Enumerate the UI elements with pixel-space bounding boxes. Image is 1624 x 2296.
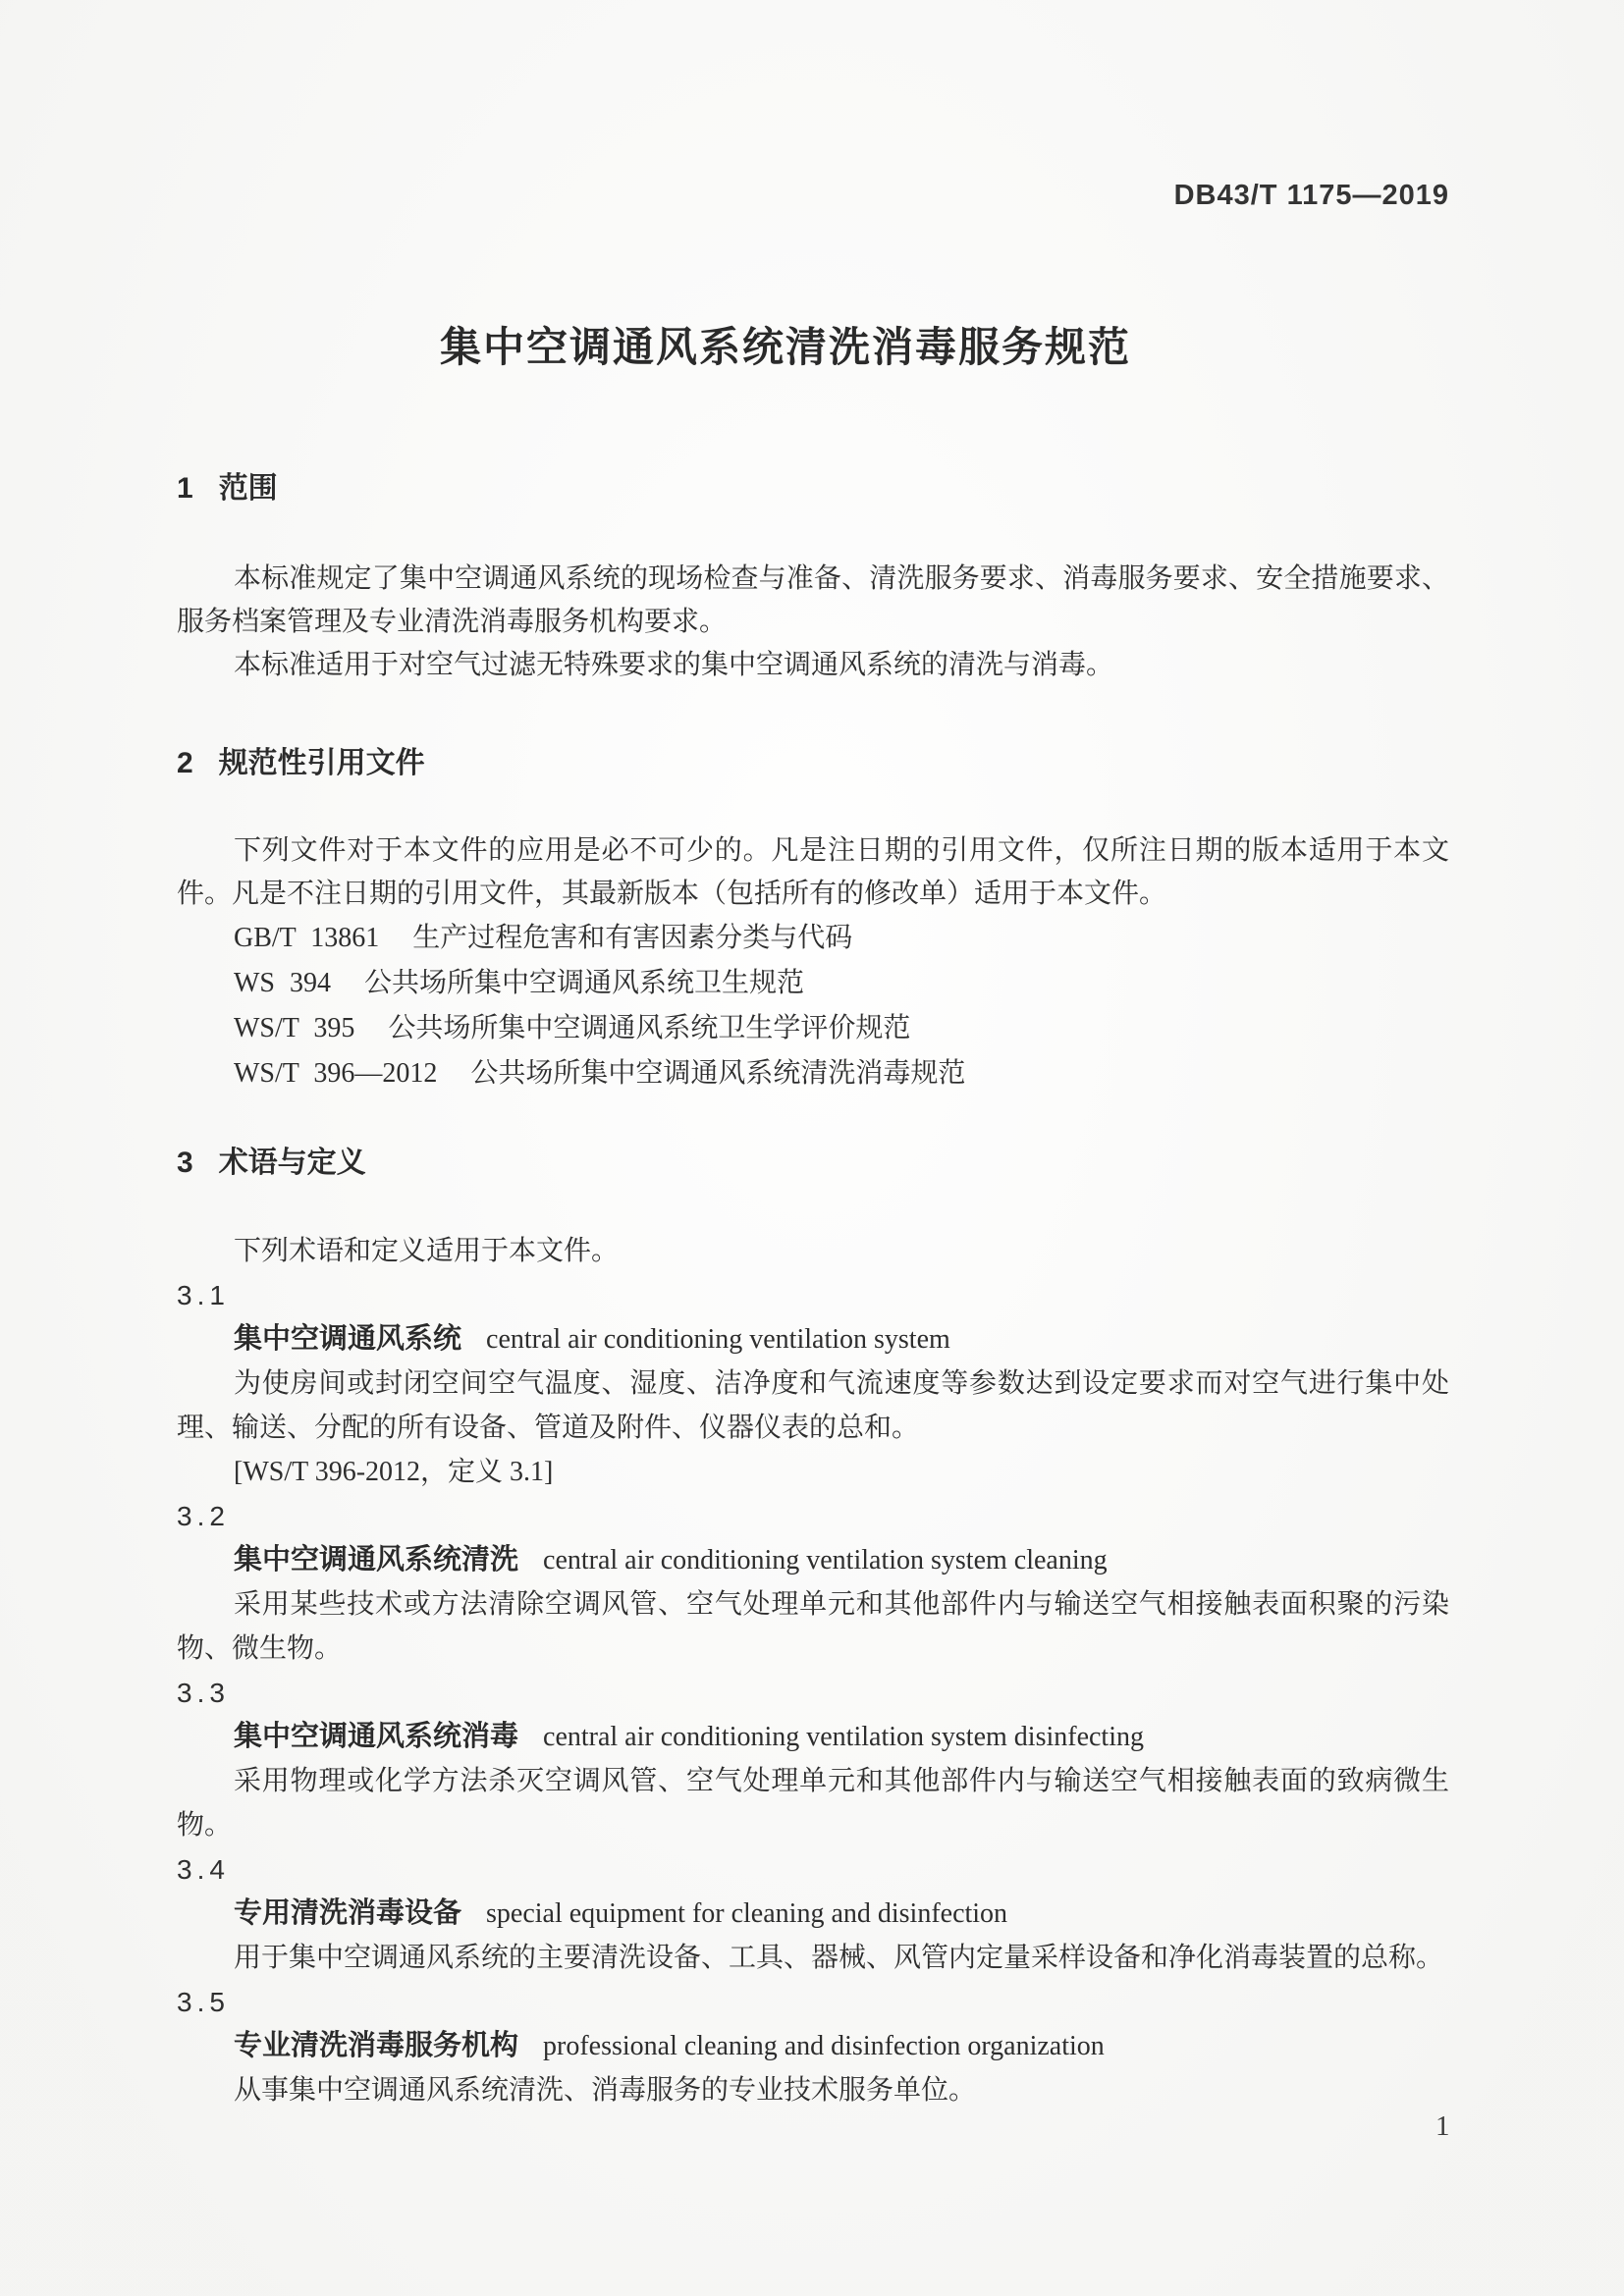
paragraph: 下列术语和定义适用于本文件。	[177, 1230, 1449, 1273]
term-number: 3.5	[177, 1980, 1449, 2024]
page-header: DB43/T 1175—2019	[177, 180, 1449, 212]
section-body-terms: 下列术语和定义适用于本文件。 3.1 集中空调通风系统central air c…	[177, 1230, 1449, 2112]
section-heading-references: 2规范性引用文件	[177, 744, 1449, 783]
term-definition: 从事集中空调通风系统清洗、消毒服务的专业技术服务单位。	[177, 2068, 1449, 2112]
reference-code: WS/T 395	[234, 1006, 354, 1051]
section-normative-references: 2规范性引用文件 下列文件对于本文件的应用是必不可少的。凡是注日期的引用文件，仅…	[177, 744, 1449, 1096]
term-entry: 3.2 集中空调通风系统清洗central air conditioning v…	[177, 1494, 1449, 1671]
term-source: [WS/T 396-2012，定义 3.1]	[177, 1450, 1449, 1494]
term-number: 3.2	[177, 1494, 1449, 1538]
section-title: 规范性引用文件	[219, 747, 425, 779]
term-chinese: 专用清洗消毒设备	[234, 1897, 461, 1929]
section-heading-scope: 1范围	[177, 469, 1449, 508]
reference-title: 公共场所集中空调通风系统卫生学评价规范	[388, 1013, 910, 1043]
term-number: 3.1	[177, 1273, 1449, 1317]
section-scope: 1范围 本标准规定了集中空调通风系统的现场检查与准备、清洗服务要求、消毒服务要求…	[177, 469, 1449, 687]
term-heading: 专业清洗消毒服务机构professional cleaning and disi…	[177, 2024, 1449, 2068]
section-number: 1	[177, 469, 193, 508]
reference-code: WS/T 396—2012	[234, 1051, 437, 1096]
reference-item: WS/T 395公共场所集中空调通风系统卫生学评价规范	[234, 1006, 1449, 1051]
section-body-references: 下列文件对于本文件的应用是必不可少的。凡是注日期的引用文件，仅所注日期的版本适用…	[177, 829, 1449, 1096]
term-entry: 3.1 集中空调通风系统central air conditioning ven…	[177, 1273, 1449, 1494]
term-definition: 用于集中空调通风系统的主要清洗设备、工具、器械、风管内定量采样设备和净化消毒装置…	[177, 1936, 1449, 1980]
paragraph: 下列文件对于本文件的应用是必不可少的。凡是注日期的引用文件，仅所注日期的版本适用…	[177, 829, 1449, 916]
term-english: special equipment for cleaning and disin…	[486, 1898, 1007, 1929]
reference-item: WS/T 396—2012公共场所集中空调通风系统清洗消毒规范	[234, 1051, 1449, 1096]
reference-item: GB/T 13861生产过程危害和有害因素分类与代码	[234, 916, 1449, 961]
term-chinese: 集中空调通风系统清洗	[234, 1544, 518, 1575]
paragraph: 本标准规定了集中空调通风系统的现场检查与准备、清洗服务要求、消毒服务要求、安全措…	[177, 558, 1449, 644]
document-page: DB43/T 1175—2019 集中空调通风系统清洗消毒服务规范 1范围 本标…	[0, 0, 1624, 2296]
term-heading: 集中空调通风系统central air conditioning ventila…	[177, 1317, 1449, 1362]
reference-code: GB/T 13861	[234, 916, 379, 961]
term-english: professional cleaning and disinfection o…	[543, 2031, 1105, 2061]
section-title: 术语与定义	[219, 1147, 366, 1179]
term-english: central air conditioning ventilation sys…	[543, 1545, 1108, 1575]
document-title: 集中空调通风系统清洗消毒服务规范	[149, 324, 1422, 371]
section-number: 2	[177, 744, 193, 783]
page-number: 1	[1435, 2110, 1450, 2142]
term-english: central air conditioning ventilation sys…	[543, 1722, 1144, 1752]
reference-title: 公共场所集中空调通风系统卫生规范	[364, 968, 804, 998]
section-body-scope: 本标准规定了集中空调通风系统的现场检查与准备、清洗服务要求、消毒服务要求、安全措…	[177, 558, 1449, 687]
section-heading-terms: 3术语与定义	[177, 1144, 1449, 1183]
reference-title: 公共场所集中空调通风系统清洗消毒规范	[470, 1058, 965, 1089]
section-number: 3	[177, 1144, 193, 1183]
reference-item: WS 394公共场所集中空调通风系统卫生规范	[234, 961, 1449, 1006]
term-entry: 3.5 专业清洗消毒服务机构professional cleaning and …	[177, 1980, 1449, 2112]
standard-code: DB43/T 1175—2019	[1174, 180, 1449, 211]
term-definition: 采用物理或化学方法杀灭空调风管、空气处理单元和其他部件内与输送空气相接触表面的致…	[177, 1759, 1449, 1847]
term-heading: 专用清洗消毒设备special equipment for cleaning a…	[177, 1892, 1449, 1936]
term-number: 3.3	[177, 1671, 1449, 1715]
term-entry: 3.4 专用清洗消毒设备special equipment for cleani…	[177, 1847, 1449, 1980]
term-definition: 为使房间或封闭空间空气温度、湿度、洁净度和气流速度等参数达到设定要求而对空气进行…	[177, 1362, 1449, 1450]
paragraph: 本标准适用于对空气过滤无特殊要求的集中空调通风系统的清洗与消毒。	[177, 644, 1449, 687]
reference-code: WS 394	[234, 961, 331, 1006]
term-chinese: 专业清洗消毒服务机构	[234, 2030, 518, 2061]
term-heading: 集中空调通风系统消毒central air conditioning venti…	[177, 1715, 1449, 1759]
term-definition: 采用某些技术或方法清除空调风管、空气处理单元和其他部件内与输送空气相接触表面积聚…	[177, 1582, 1449, 1671]
term-heading: 集中空调通风系统清洗central air conditioning venti…	[177, 1538, 1449, 1582]
term-english: central air conditioning ventilation sys…	[486, 1324, 950, 1355]
section-terms-definitions: 3术语与定义 下列术语和定义适用于本文件。 3.1 集中空调通风系统centra…	[177, 1144, 1449, 2112]
term-chinese: 集中空调通风系统消毒	[234, 1721, 518, 1752]
section-title: 范围	[219, 472, 278, 505]
term-number: 3.4	[177, 1847, 1449, 1892]
reference-list: GB/T 13861生产过程危害和有害因素分类与代码 WS 394公共场所集中空…	[177, 916, 1449, 1096]
term-chinese: 集中空调通风系统	[234, 1323, 461, 1355]
term-entry: 3.3 集中空调通风系统消毒central air conditioning v…	[177, 1671, 1449, 1847]
reference-title: 生产过程危害和有害因素分类与代码	[412, 923, 852, 953]
